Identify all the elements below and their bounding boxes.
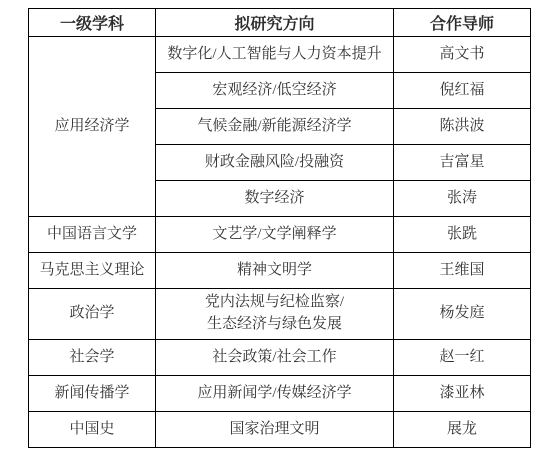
- direction-cell: 精神文明学: [156, 253, 394, 289]
- discipline-cell: 中国史: [29, 412, 156, 448]
- direction-cell: 文艺学/文学阐释学: [156, 217, 394, 253]
- table-row: 新闻传播学 应用新闻学/传媒经济学 漆亚林: [29, 376, 531, 412]
- supervisor-cell: 高文书: [394, 37, 531, 73]
- supervisor-cell: 陈洪波: [394, 109, 531, 145]
- direction-cell: 气候金融/新能源经济学: [156, 109, 394, 145]
- col-header-discipline: 一级学科: [29, 9, 156, 37]
- col-header-supervisor: 合作导师: [394, 9, 531, 37]
- research-supervisors-table: 一级学科 拟研究方向 合作导师 应用经济学 数字化/人工智能与人力资本提升 高文…: [28, 8, 531, 448]
- supervisor-cell: 展龙: [394, 412, 531, 448]
- table-row: 马克思主义理论 精神文明学 王维国: [29, 253, 531, 289]
- table-row: 应用经济学 数字化/人工智能与人力资本提升 高文书: [29, 37, 531, 73]
- table-row: 政治学 党内法规与纪检监察/ 生态经济与绿色发展 杨发庭: [29, 289, 531, 340]
- supervisor-cell: 杨发庭: [394, 289, 531, 340]
- header-row: 一级学科 拟研究方向 合作导师: [29, 9, 531, 37]
- supervisor-cell: 张跣: [394, 217, 531, 253]
- direction-cell: 党内法规与纪检监察/ 生态经济与绿色发展: [156, 289, 394, 340]
- supervisor-cell: 赵一红: [394, 340, 531, 376]
- document-page: 一级学科 拟研究方向 合作导师 应用经济学 数字化/人工智能与人力资本提升 高文…: [0, 0, 558, 456]
- table-row: 中国语言文学 文艺学/文学阐释学 张跣: [29, 217, 531, 253]
- direction-cell: 数字化/人工智能与人力资本提升: [156, 37, 394, 73]
- table-row: 中国史 国家治理文明 展龙: [29, 412, 531, 448]
- direction-cell: 宏观经济/低空经济: [156, 73, 394, 109]
- col-header-direction: 拟研究方向: [156, 9, 394, 37]
- discipline-cell: 马克思主义理论: [29, 253, 156, 289]
- supervisor-cell: 王维国: [394, 253, 531, 289]
- direction-cell: 社会政策/社会工作: [156, 340, 394, 376]
- discipline-cell: 社会学: [29, 340, 156, 376]
- discipline-cell: 政治学: [29, 289, 156, 340]
- direction-cell: 财政金融风险/投融资: [156, 145, 394, 181]
- discipline-cell: 中国语言文学: [29, 217, 156, 253]
- discipline-cell: 新闻传播学: [29, 376, 156, 412]
- supervisor-cell: 张涛: [394, 181, 531, 217]
- supervisor-cell: 倪红福: [394, 73, 531, 109]
- direction-cell: 数字经济: [156, 181, 394, 217]
- direction-cell: 应用新闻学/传媒经济学: [156, 376, 394, 412]
- supervisor-cell: 漆亚林: [394, 376, 531, 412]
- table-row: 社会学 社会政策/社会工作 赵一红: [29, 340, 531, 376]
- direction-cell: 国家治理文明: [156, 412, 394, 448]
- discipline-cell: 应用经济学: [29, 37, 156, 217]
- supervisor-cell: 吉富星: [394, 145, 531, 181]
